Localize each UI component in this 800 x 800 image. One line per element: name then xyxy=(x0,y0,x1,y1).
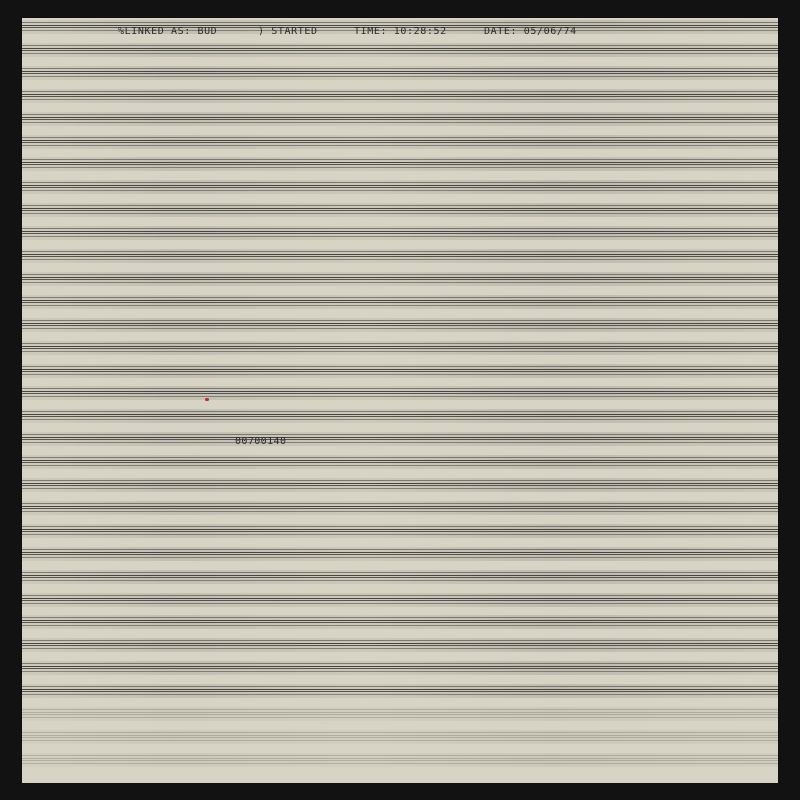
ruled-band xyxy=(22,572,778,582)
ruled-band xyxy=(22,68,778,78)
ruled-band xyxy=(22,159,778,169)
ruled-band xyxy=(22,709,778,719)
ruled-band xyxy=(22,526,778,536)
ruled-band xyxy=(22,434,778,444)
ruled-band xyxy=(22,182,778,192)
linked-as-label: %LINKED AS: BUD xyxy=(118,26,217,37)
ruled-band xyxy=(22,320,778,330)
ruled-band xyxy=(22,45,778,55)
printout-sheet: %LINKED AS: BUD ) STARTED TIME: 10:28:52… xyxy=(22,18,778,783)
ruled-band xyxy=(22,343,778,353)
ruled-band xyxy=(22,366,778,376)
ruled-band xyxy=(22,755,778,765)
ruled-band xyxy=(22,205,778,215)
red-dot-mark xyxy=(205,398,209,401)
ruled-band xyxy=(22,686,778,696)
started-label: ) STARTED xyxy=(258,26,318,37)
counter-readout: 00700140 xyxy=(235,436,286,447)
ruled-band xyxy=(22,663,778,673)
ruled-band xyxy=(22,480,778,490)
date-label: DATE: 05/06/74 xyxy=(484,26,577,37)
ruled-band xyxy=(22,549,778,559)
scan-background: %LINKED AS: BUD ) STARTED TIME: 10:28:52… xyxy=(0,0,800,800)
ruled-band xyxy=(22,228,778,238)
ruled-band xyxy=(22,251,778,261)
ruled-band xyxy=(22,640,778,650)
ruled-band xyxy=(22,732,778,742)
time-label: TIME: 10:28:52 xyxy=(354,26,447,37)
ruled-band xyxy=(22,388,778,398)
ruled-band xyxy=(22,91,778,101)
ruled-band xyxy=(22,274,778,284)
ruled-band xyxy=(22,595,778,605)
ruled-band xyxy=(22,411,778,421)
ruled-band xyxy=(22,114,778,124)
ruled-band xyxy=(22,457,778,467)
ruled-band xyxy=(22,297,778,307)
printout-header: %LINKED AS: BUD ) STARTED TIME: 10:28:52… xyxy=(22,26,778,40)
ruled-bands xyxy=(22,18,778,783)
ruled-band xyxy=(22,617,778,627)
ruled-band xyxy=(22,503,778,513)
ruled-band xyxy=(22,137,778,147)
